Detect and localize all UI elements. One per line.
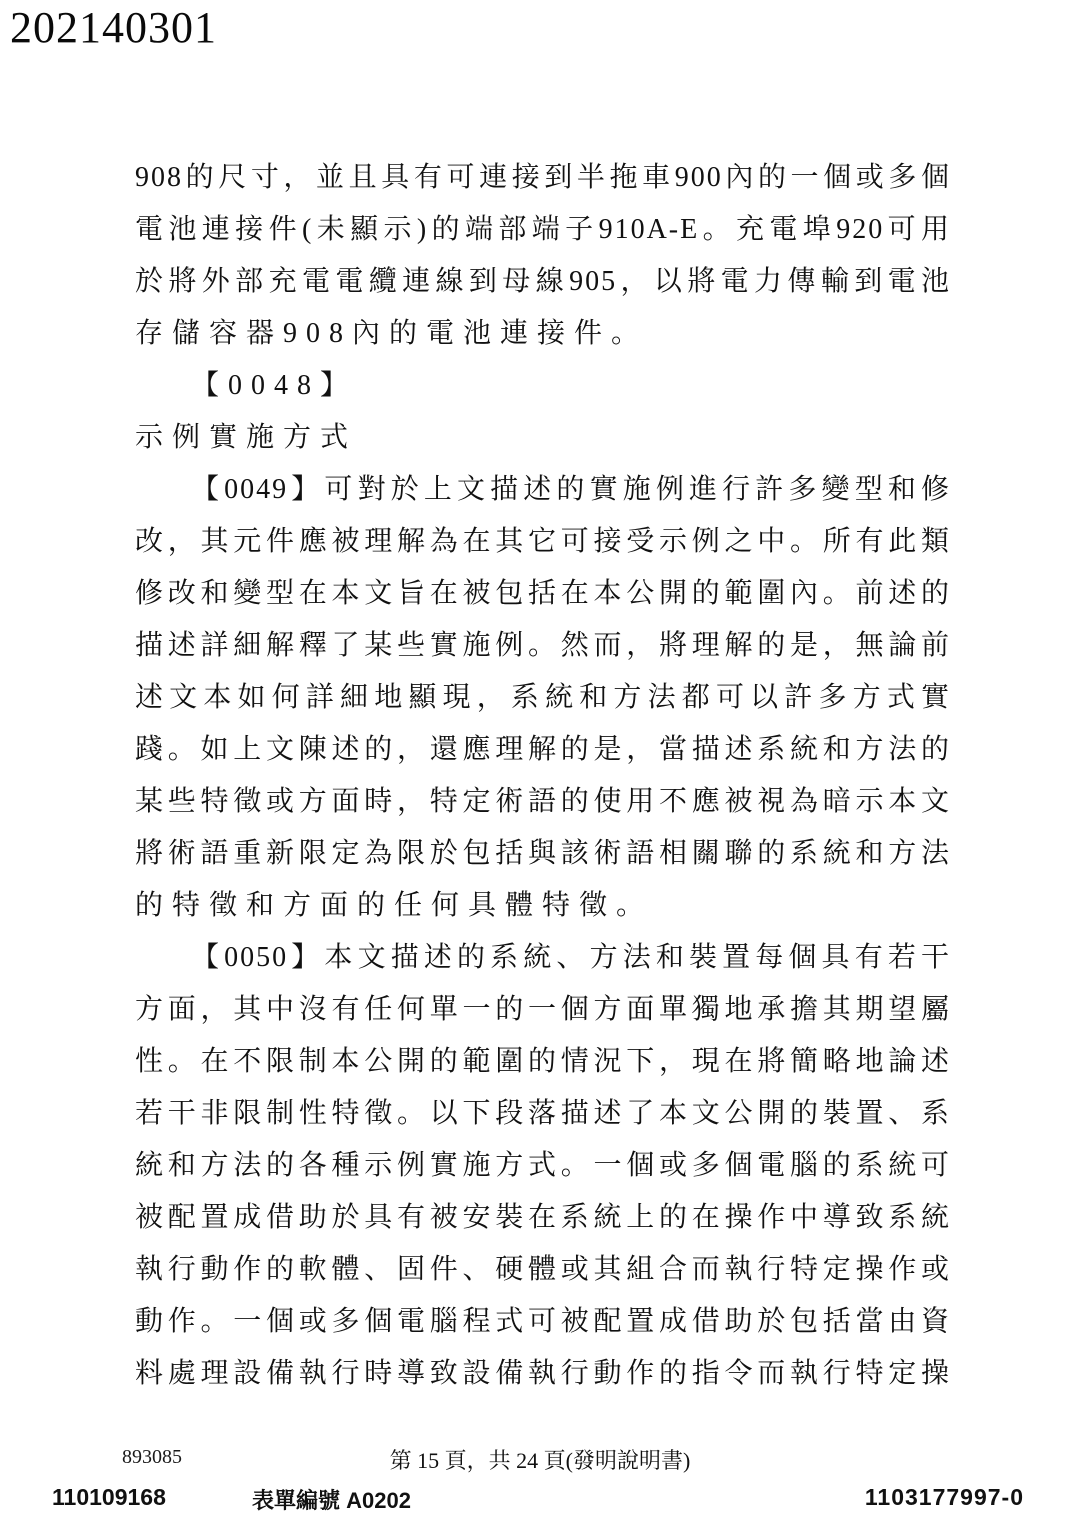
text-line: 統和方法的各種示例實施方式。一個或多個電腦的系統可 — [135, 1140, 951, 1192]
text-line: 的特徵和方面的任何具體特徵。 — [135, 880, 951, 932]
text-line: 踐。如上文陳述的，還應理解的是，當描述系統和方法的 — [135, 724, 951, 776]
footer-document-number: 1103177997-0 — [865, 1484, 1024, 1511]
text-line: 動作。一個或多個電腦程式可被配置成借助於包括當由資 — [135, 1296, 951, 1348]
specification-body: 908的尺寸，並且具有可連接到半拖車900內的一個或多個 電池連接件(未顯示)的… — [135, 152, 951, 1400]
text-line: 描述詳細解釋了某些實施例。然而，將理解的是，無論前 — [135, 620, 951, 672]
paragraph-number-0048: 【0048】 — [135, 360, 951, 412]
text-line: 述文本如何詳細地顯現，系統和方法都可以許多方式實 — [135, 672, 951, 724]
text-line: 性。在不限制本公開的範圍的情況下，現在將簡略地論述 — [135, 1036, 951, 1088]
text-line: 電池連接件(未顯示)的端部端子910A-E。充電埠920可用 — [135, 204, 951, 256]
text-line: 存儲容器908內的電池連接件。 — [135, 308, 951, 360]
text-line: 方面，其中沒有任何單一的一個方面單獨地承擔其期望屬 — [135, 984, 951, 1036]
text-line: 改，其元件應被理解為在其它可接受示例之中。所有此類 — [135, 516, 951, 568]
text-line: 料處理設備執行時導致設備執行動作的指令而執行特定操 — [135, 1348, 951, 1400]
section-heading: 示例實施方式 — [135, 412, 951, 464]
text-line: 某些特徵或方面時，特定術語的使用不應被視為暗示本文 — [135, 776, 951, 828]
text-line: 執行動作的軟體、固件、硬體或其組合而執行特定操作或 — [135, 1244, 951, 1296]
text-line: 將術語重新限定為限於包括與該術語相關聯的系統和方法 — [135, 828, 951, 880]
text-line: 若干非限制性特徵。以下段落描述了本文公開的裝置、系 — [135, 1088, 951, 1140]
publication-number: 202140301 — [10, 2, 217, 53]
footer-page-info: 第 15 頁，共 24 頁(發明說明書) — [0, 1444, 1080, 1475]
text-line: 被配置成借助於具有被安裝在系統上的在操作中導致系統 — [135, 1192, 951, 1244]
footer-form-number: 表單編號 A0202 — [252, 1484, 411, 1515]
footer-application-number: 110109168 — [52, 1484, 166, 1511]
paragraph-start-0050: 【0050】本文描述的系統、方法和裝置每個具有若干 — [135, 932, 951, 984]
text-line: 於將外部充電電纜連線到母線905，以將電力傳輸到電池 — [135, 256, 951, 308]
text-line: 908的尺寸，並且具有可連接到半拖車900內的一個或多個 — [135, 152, 951, 204]
paragraph-start-0049: 【0049】可對於上文描述的實施例進行許多變型和修 — [135, 464, 951, 516]
patent-document-page: 202140301 908的尺寸，並且具有可連接到半拖車900內的一個或多個 電… — [0, 0, 1080, 1526]
text-line: 修改和變型在本文旨在被包括在本公開的範圍內。前述的 — [135, 568, 951, 620]
